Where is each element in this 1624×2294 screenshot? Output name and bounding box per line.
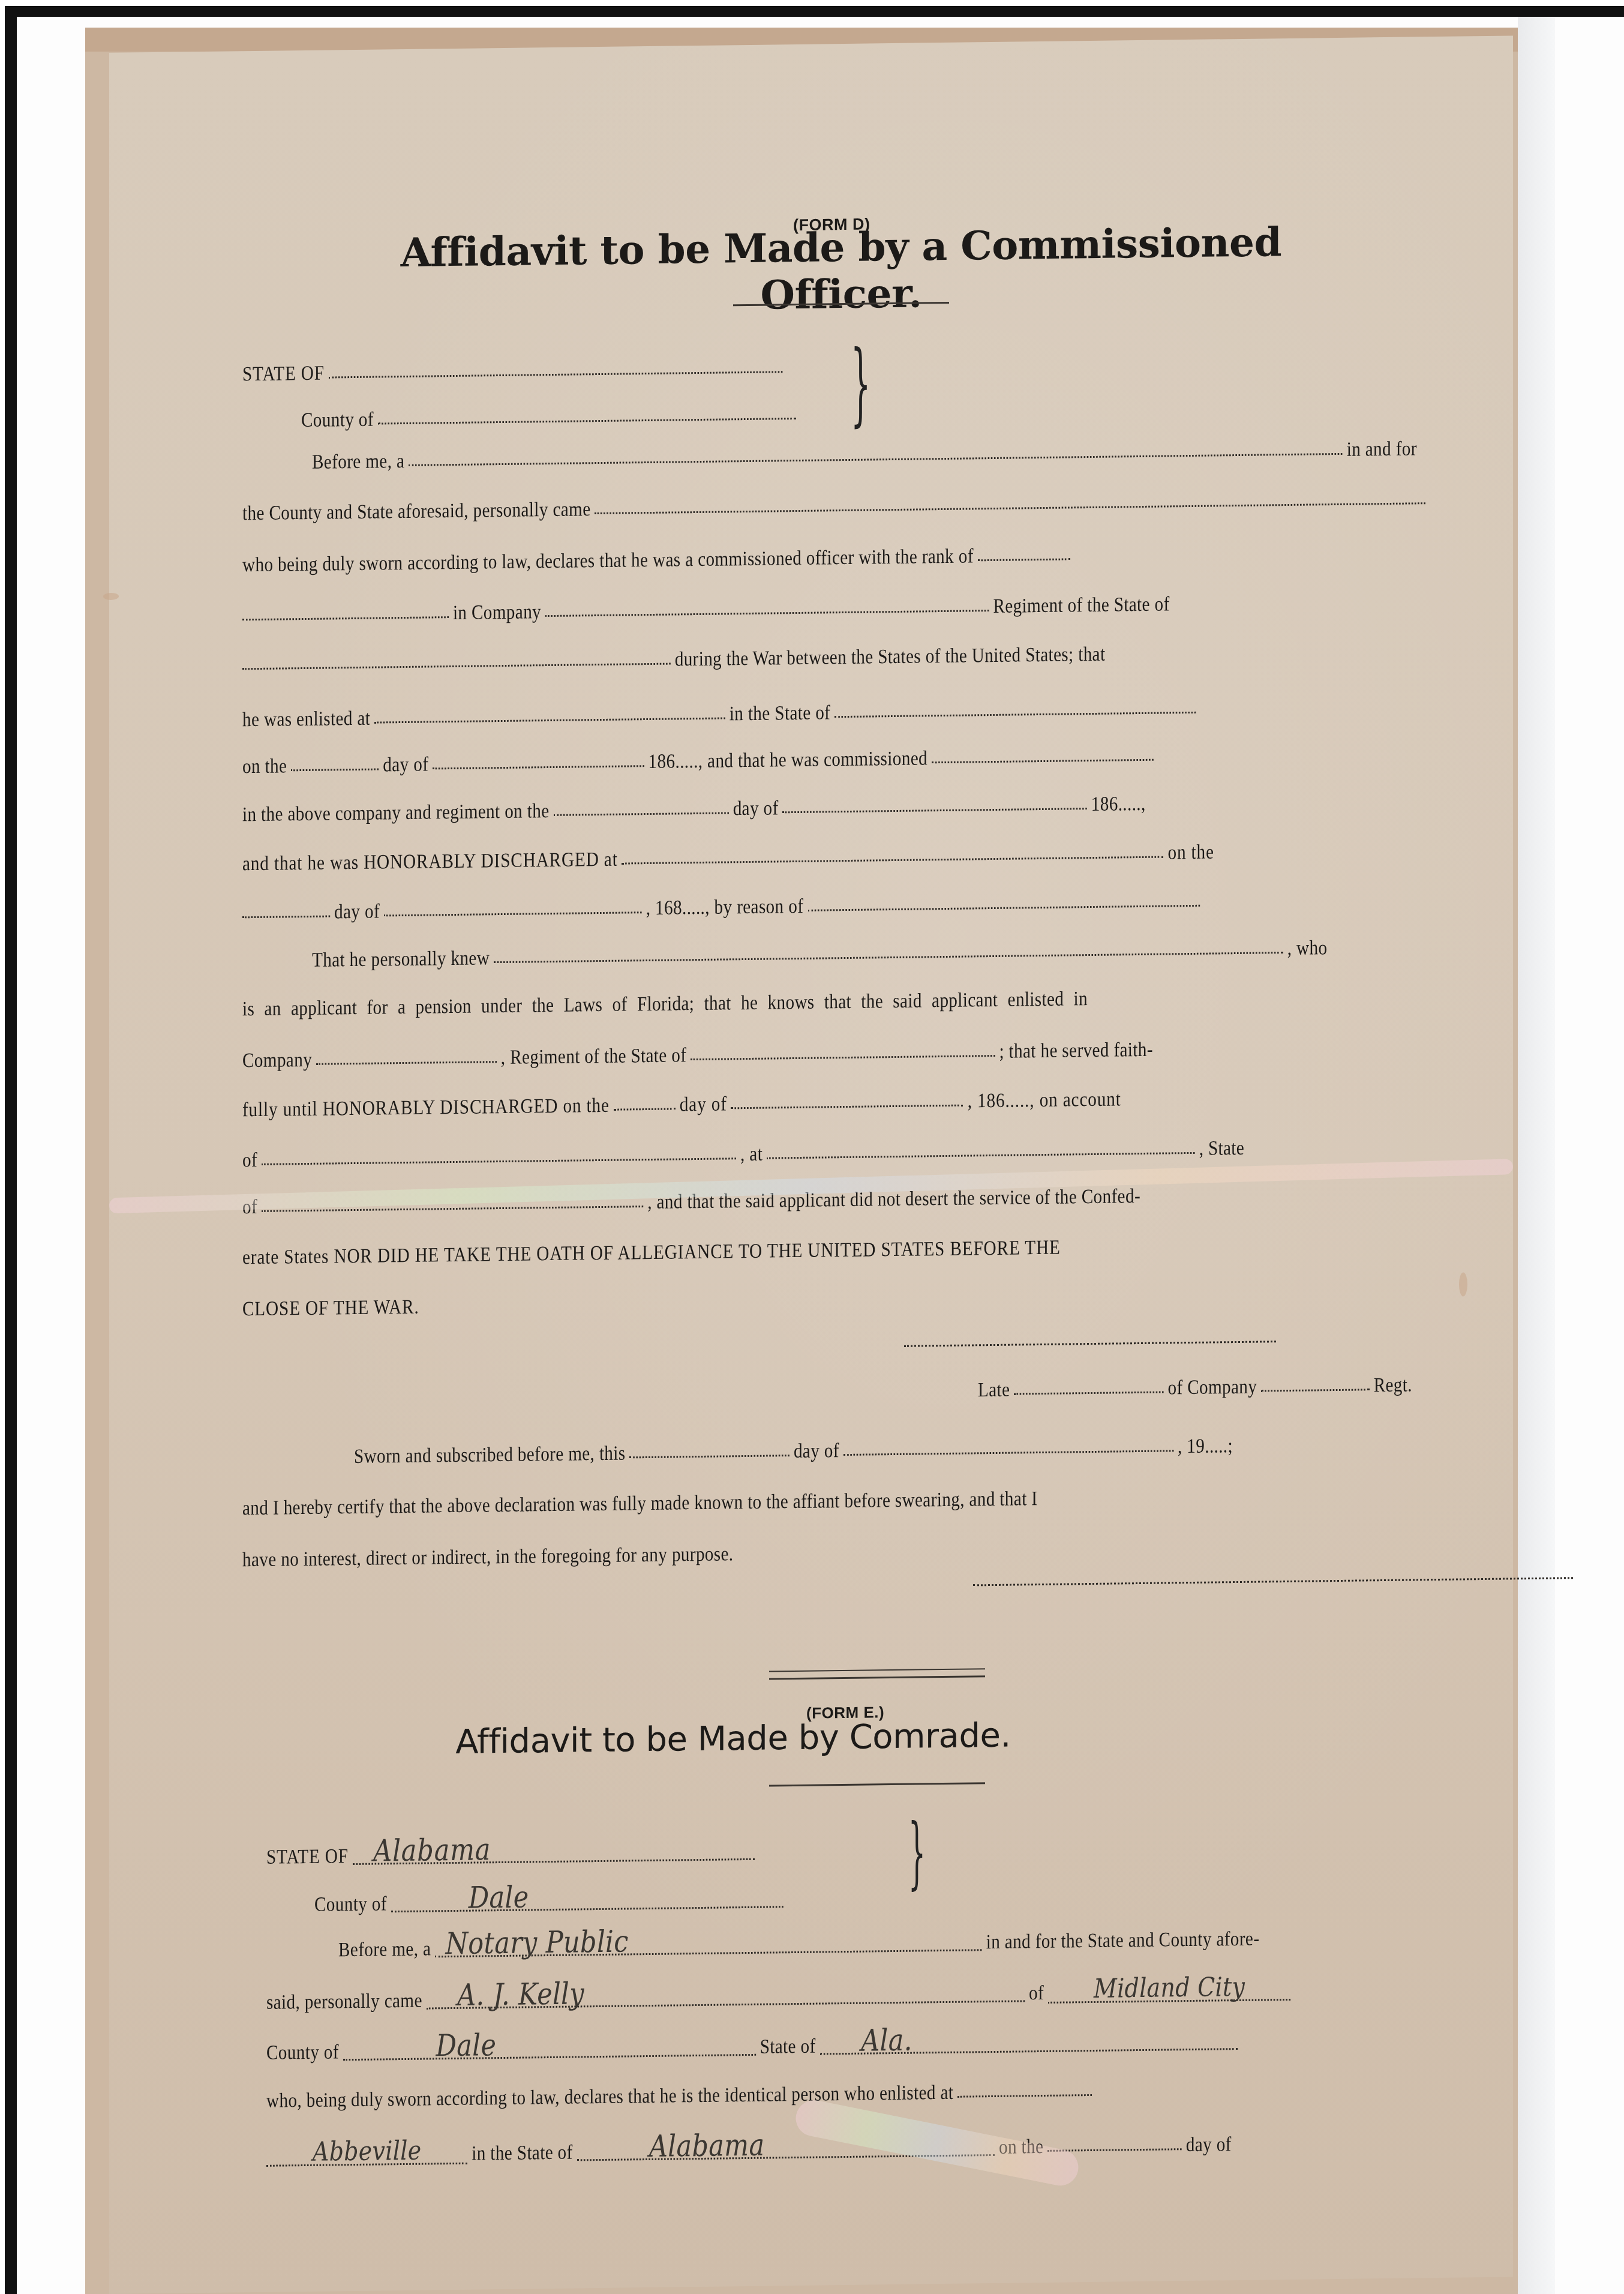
enlisted-at-field[interactable] [957, 2093, 1092, 2098]
comrade-county-field[interactable]: Dale [343, 2030, 756, 2061]
text: County of [266, 2041, 339, 2064]
regiment-state-field[interactable] [242, 662, 671, 670]
rank-field-cont[interactable] [242, 615, 449, 620]
comrade-name-field[interactable]: A. J. Kelly [427, 1976, 1025, 2009]
text: on the [999, 2136, 1043, 2158]
scanner-frame-left [5, 6, 17, 2294]
text: Regiment of the State of [993, 593, 1169, 617]
form-d-line-4: in CompanyRegiment of the State of [242, 593, 1170, 627]
text: , 168....., by reason of [646, 895, 803, 919]
form-d-line-10: day of, 168....., by reason of [242, 890, 1204, 925]
discharged-at-field[interactable] [622, 855, 1164, 865]
sworn-row: Sworn and subscribed before me, thisday … [354, 1435, 1233, 1468]
form-d-line-12: is an applicant for a pension under the … [242, 988, 1088, 1021]
form-d-line-3: who being duly sworn according to law, d… [242, 544, 1074, 577]
rank-field[interactable] [978, 557, 1071, 561]
text: , who [1287, 937, 1328, 959]
text: Before me, a [312, 450, 404, 473]
form-d-line-15: of, at, State [242, 1137, 1244, 1172]
state-of-label: STATE OF [242, 362, 325, 386]
text: during the War between the States of the… [675, 643, 1106, 671]
form-e-line-4: who, being duly sworn according to law, … [266, 2080, 1096, 2113]
text: CLOSE OF THE WAR. [242, 1296, 419, 1321]
regt-label: Regt. [1374, 1374, 1412, 1396]
text: in the State of [730, 701, 830, 725]
discharge-day-field[interactable] [242, 914, 330, 919]
enlisted-state-field[interactable] [834, 710, 1196, 718]
text: in the State of [472, 2142, 572, 2165]
enlist-day-field[interactable] [291, 767, 379, 772]
text: who, being duly sworn according to law, … [266, 2082, 953, 2112]
text: Company [242, 1049, 312, 1072]
form-d-line-14: fully until HONORABLY DISCHARGED on thed… [242, 1088, 1121, 1121]
text: he was enlisted at [242, 707, 370, 731]
text: 186....., [1091, 793, 1146, 815]
text: erate States NOR DID HE TAKE THE OATH OF… [242, 1237, 1061, 1269]
discharge-account-field[interactable] [262, 1156, 736, 1165]
late-company-row: Lateof CompanyRegt. [978, 1374, 1412, 1402]
enlist-month-field[interactable] [433, 764, 644, 769]
paper-stain [1459, 1272, 1467, 1296]
form-d-line-13: Company, Regiment of the State of; that … [242, 1039, 1153, 1073]
form-e-title: Affidavit to be Made by Comrade. [343, 1714, 1123, 1763]
form-d-line-2: the County and State aforesaid, personal… [242, 488, 1430, 525]
enlisted-town-field[interactable]: Abbeville [266, 2139, 467, 2167]
text: of [242, 1196, 257, 1218]
state-of-row: STATE OF [242, 356, 787, 386]
text: day of [334, 900, 380, 923]
text: who being duly sworn according to law, d… [242, 545, 974, 576]
form-d-line-18: CLOSE OF THE WAR. [242, 1296, 419, 1321]
form-d-line-5: during the War between the States of the… [242, 643, 1105, 677]
sworn-month-field[interactable] [843, 1449, 1173, 1456]
notary-title-field[interactable]: Notary Public [435, 1925, 982, 1957]
form-d-line-6: he was enlisted atin the State of [242, 697, 1200, 731]
text: on the [242, 755, 287, 778]
officer-signature-field[interactable] [904, 1339, 1276, 1347]
discharge-place-field[interactable] [767, 1151, 1195, 1159]
text: day of [1186, 2133, 1232, 2156]
officer-title-field[interactable] [409, 452, 1343, 466]
of-company-label: of Company [1167, 1376, 1257, 1399]
comrade-state-field[interactable]: Ala. [819, 2024, 1238, 2055]
text: in the above company and regiment on the [242, 800, 549, 826]
commission-day-field[interactable] [553, 811, 728, 816]
form-e-county-row: County ofDale [314, 1883, 787, 1917]
paper-stain [103, 593, 119, 600]
text: and I hereby certify that the above decl… [242, 1488, 1037, 1519]
text: , and that the said applicant did not de… [647, 1185, 1140, 1213]
text: Before me, a [338, 1938, 431, 1961]
header-brace: } [851, 338, 870, 428]
form-d-line-11: That he personally knew, who [312, 937, 1327, 972]
form-e-title-underline [769, 1782, 985, 1786]
county-of-field[interactable]: Dale [391, 1882, 784, 1912]
comrade-city-field[interactable]: Midland City [1048, 1975, 1290, 2004]
company-field[interactable] [545, 608, 989, 617]
form-e-top-rule-2 [769, 1675, 985, 1680]
text: , State [1199, 1137, 1245, 1160]
form-d-line-7: on theday of186....., and that he was co… [242, 745, 1158, 779]
discharge-month-field[interactable] [384, 910, 642, 916]
text: in and for the State and County afore- [986, 1928, 1260, 1954]
officer-name-field[interactable] [595, 501, 1425, 514]
document-page: (FORM D) Affidavit to be Made by a Commi… [109, 35, 1513, 2294]
form-e-top-rule-1 [769, 1668, 985, 1672]
county-of-field[interactable] [378, 416, 796, 425]
form-e-state-row: STATE OFAlabama [266, 1836, 760, 1869]
county-of-label: County of [301, 409, 374, 431]
text: Sworn and subscribed before me, this [354, 1442, 626, 1468]
late-rank-field[interactable] [1014, 1390, 1163, 1395]
scanner-frame-top [5, 6, 1624, 17]
state-of-field[interactable] [329, 370, 783, 378]
form-d-line-1: Before me, ain and for [312, 437, 1417, 474]
text: , at [740, 1143, 763, 1165]
form-e-line-2: said, personally cameA. J. KellyofMidlan… [266, 1974, 1295, 2014]
late-company-field[interactable] [1261, 1387, 1370, 1392]
state-of-field[interactable]: Alabama [353, 1834, 755, 1865]
commission-month-field[interactable] [783, 806, 1087, 813]
text: day of [794, 1440, 839, 1462]
text: , 19.....; [1178, 1435, 1233, 1458]
certify-line-2: have no interest, direct or indirect, in… [242, 1543, 734, 1572]
text: is an applicant for a pension under the … [242, 988, 1088, 1020]
applicant-discharge-day-field[interactable] [614, 1106, 676, 1110]
text: day of [733, 797, 779, 820]
form-d-line-17: erate States NOR DID HE TAKE THE OATH OF… [242, 1237, 1061, 1270]
text: 186....., and that he was commissioned [649, 747, 927, 773]
form-e-line-1: Before me, aNotary Publicin and for the … [338, 1923, 1259, 1962]
county-of-label: County of [314, 1893, 387, 1915]
late-label: Late [978, 1379, 1010, 1402]
enlisted-state-field[interactable]: Alabama [577, 2130, 995, 2161]
applicant-regiment-state-field[interactable] [691, 1054, 995, 1060]
enlisted-day-field[interactable] [1047, 2147, 1182, 2152]
applicant-name-field[interactable] [494, 950, 1283, 963]
form-d-title: Affidavit to be Made by a Commissioned O… [331, 218, 1351, 324]
text: , 186....., on account [968, 1088, 1121, 1112]
commissioned-field[interactable] [932, 758, 1154, 764]
form-e-line-3: County ofDaleState ofAla. [266, 2025, 1242, 2065]
discharge-reason-field[interactable] [808, 904, 1200, 911]
text: and that he was HONORABLY DISCHARGED at [242, 848, 618, 875]
text: fully until HONORABLY DISCHARGED on the [242, 1094, 610, 1121]
text: in Company [453, 601, 541, 624]
certify-line-1: and I hereby certify that the above decl… [242, 1488, 1037, 1520]
text: , Regiment of the State of [501, 1044, 686, 1069]
text: said, personally came [266, 1990, 422, 2014]
form-d-line-16: of, and that the said applicant did not … [242, 1185, 1140, 1219]
discharge-state-field[interactable] [262, 1204, 643, 1212]
text: of [1029, 1982, 1044, 2004]
form-e-line-5: Abbevillein the State ofAlabamaon theday… [266, 2128, 1232, 2168]
text: of [242, 1149, 257, 1171]
enlisted-at-field[interactable] [374, 716, 725, 723]
notary-signature-field[interactable] [973, 1576, 1573, 1586]
text: the County and State aforesaid, personal… [242, 498, 590, 524]
form-e-header-brace: } [908, 1813, 926, 1891]
text: in and for [1347, 437, 1417, 460]
text: day of [680, 1093, 727, 1115]
text: on the [1167, 841, 1214, 863]
applicant-company-field[interactable] [316, 1060, 497, 1065]
applicant-discharge-month-field[interactable] [731, 1103, 963, 1109]
form-d-line-8: in the above company and regiment on the… [242, 793, 1146, 826]
text: have no interest, direct or indirect, in… [242, 1543, 734, 1571]
text: day of [383, 753, 428, 776]
text: State of [760, 2035, 816, 2058]
text: That he personally knew [312, 947, 490, 971]
state-of-label: STATE OF [266, 1845, 349, 1869]
text: ; that he served faith- [999, 1039, 1152, 1063]
sworn-day-field[interactable] [629, 1453, 790, 1458]
form-d-line-9: and that he was HONORABLY DISCHARGED ato… [242, 841, 1214, 875]
county-of-row: County of [301, 403, 800, 432]
plastic-sleeve-edge [1518, 17, 1555, 2294]
